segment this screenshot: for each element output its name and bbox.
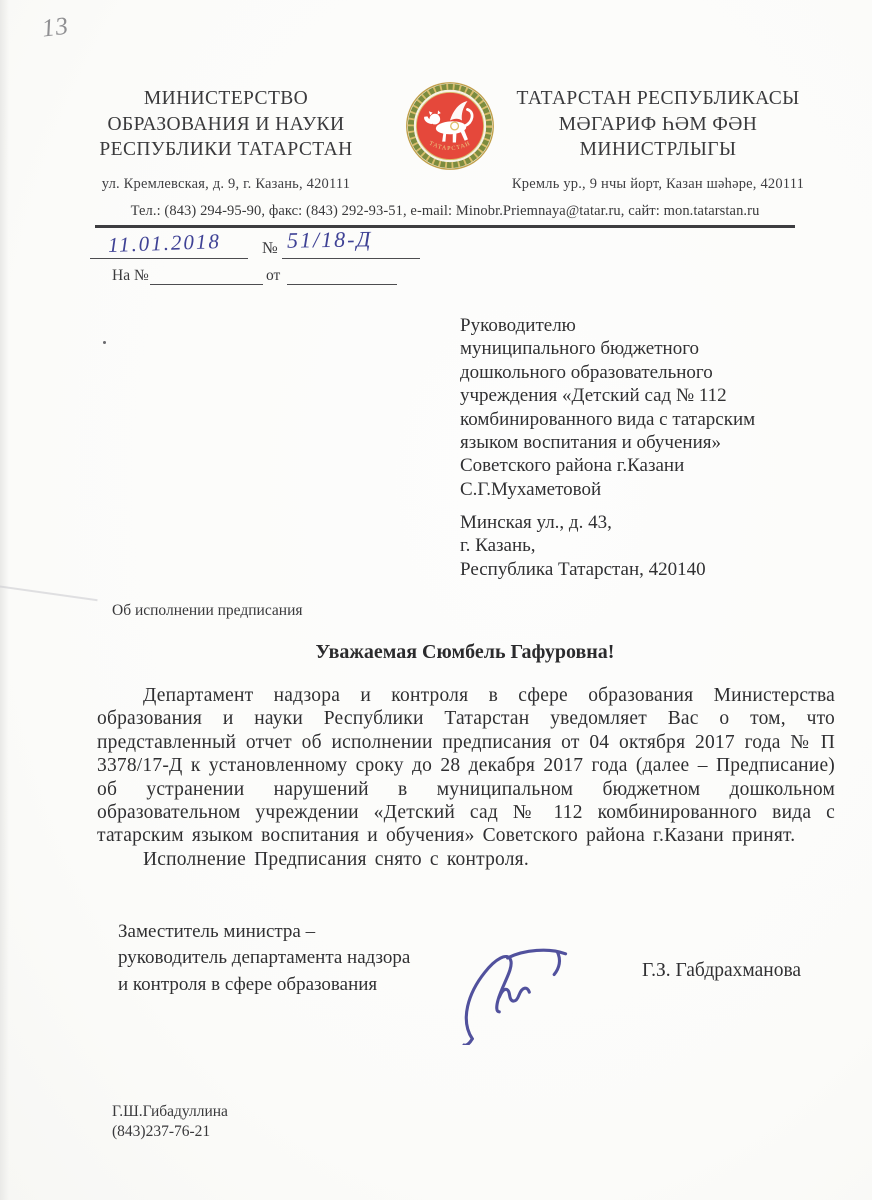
executor-name: Г.Ш.Гибадуллина <box>112 1102 228 1122</box>
handwritten-outgoing-number: 51/18-Д <box>287 226 373 253</box>
contact-line: Тел.: (843) 294-95-90, факс: (843) 292-9… <box>95 203 795 220</box>
signer-title-block: Заместитель министра – руководитель депа… <box>118 919 410 998</box>
header-divider-rule <box>95 225 795 228</box>
scanned-letter-page: 13 МИНИСТЕРСТВО ОБРАЗОВАНИЯ И НАУКИ РЕСП… <box>0 0 872 1200</box>
recipient-line: муниципального бюджетного <box>460 337 832 360</box>
ministry-tt-line3: МИНИСТРЛЫГЫ <box>502 137 814 163</box>
recipient-line: дошкольного образовательного <box>460 361 832 384</box>
scan-artifact-line <box>0 585 98 601</box>
recipient-address-line: г. Казань, <box>460 534 832 557</box>
reply-number-underline <box>150 284 263 285</box>
reply-from-label: от <box>266 267 280 285</box>
executor-phone: (843)237-76-21 <box>112 1122 228 1142</box>
scan-speck <box>103 341 106 344</box>
ministry-tt-line1: ТАТАРСТАН РЕСПУБЛИКАСЫ <box>502 86 814 112</box>
signer-title-line: руководитель департамента надзора <box>118 945 410 971</box>
subject-line: Об исполнении предписания <box>112 602 303 620</box>
number-underline <box>282 258 420 259</box>
signer-name: Г.З. Габдрахманова <box>642 960 801 982</box>
ministry-header-tatar: ТАТАРСТАН РЕСПУБЛИКАСЫ МӘГАРИФ ҺӘМ ФӘН М… <box>502 86 814 197</box>
recipient-address-line: Республика Татарстан, 420140 <box>460 558 832 581</box>
tatarstan-coat-of-arms: ТАТАРСТАН <box>404 80 496 172</box>
body-paragraph-2: Исполнение Предписания снято с контроля. <box>97 848 835 871</box>
letter-body: Департамент надзора и контроля в сфере о… <box>97 684 835 871</box>
ministry-tt-address: Кремль ур., 9 нчы йорт, Казан шәһәре, 42… <box>502 172 814 198</box>
handwritten-signature <box>452 931 590 1045</box>
recipient-line: учреждения «Детский сад № 112 <box>460 384 832 407</box>
recipient-line: С.Г.Мухаметовой <box>460 478 832 501</box>
body-paragraph-1: Департамент надзора и контроля в сфере о… <box>97 684 835 848</box>
signer-title-line: и контроля в сфере образования <box>118 972 410 998</box>
recipient-line: Советского района г.Казани <box>460 454 832 477</box>
reply-date-underline <box>287 284 397 285</box>
ministry-tt-line2: МӘГАРИФ ҺӘМ ФӘН <box>502 112 814 138</box>
ministry-ru-line2: ОБРАЗОВАНИЯ И НАУКИ <box>95 112 357 138</box>
ministry-header-russian: МИНИСТЕРСТВО ОБРАЗОВАНИЯ И НАУКИ РЕСПУБЛ… <box>95 86 357 197</box>
salutation: Уважаемая Сюмбель Гафуровна! <box>95 641 835 664</box>
ministry-ru-address: ул. Кремлевская, д. 9, г. Казань, 420111 <box>95 172 357 198</box>
ministry-ru-line1: МИНИСТЕРСТВО <box>95 86 357 112</box>
ministry-ru-line3: РЕСПУБЛИКИ ТАТАРСТАН <box>95 137 357 163</box>
number-sign-label: № <box>262 238 278 258</box>
handwritten-date: 11.01.2018 <box>108 229 222 258</box>
tatarstan-emblem-graphic: ТАТАРСТАН <box>404 80 496 172</box>
recipient-line: языком воспитания и обучения» <box>460 431 832 454</box>
reply-to-number-label: На № <box>112 267 149 285</box>
executor-block: Г.Ш.Гибадуллина (843)237-76-21 <box>112 1102 228 1141</box>
recipient-line: комбинированного вида с татарским <box>460 408 832 431</box>
recipient-address-line: Минская ул., д. 43, <box>460 511 832 534</box>
handwritten-page-number: 13 <box>40 12 70 43</box>
recipient-block: Руководителю муниципального бюджетного д… <box>460 314 832 501</box>
signer-title-line: Заместитель министра – <box>118 919 410 945</box>
recipient-address-block: Минская ул., д. 43, г. Казань, Республик… <box>460 511 832 581</box>
date-underline <box>90 258 248 259</box>
recipient-line: Руководителю <box>460 314 832 337</box>
